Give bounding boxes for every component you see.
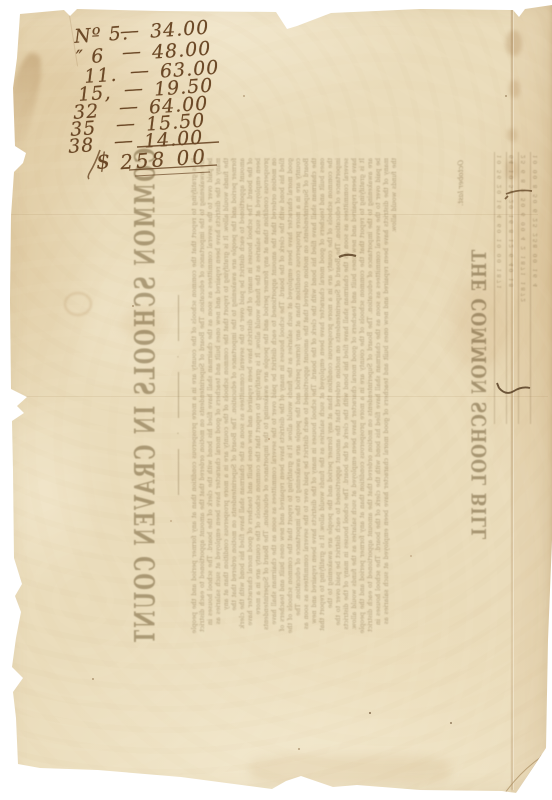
ink-dash-mark	[339, 255, 356, 257]
stain-crease-spot	[507, 128, 517, 142]
stain-bottom-edge	[250, 755, 450, 785]
separator-dot: ·	[174, 355, 183, 358]
ink-hook-mark	[497, 383, 530, 393]
stain-crease-spot	[506, 30, 522, 56]
horizontal-fold-crease	[6, 396, 548, 397]
scanned-document-page: { "colors": { "scanner_background": "#ff…	[0, 0, 552, 800]
school-number: 38	[67, 134, 95, 158]
folded-corner-flap	[518, 756, 544, 791]
showthrough-table-row: 64 10 56 20 16 8 12 6 40 18	[506, 152, 518, 424]
stain-blotch	[452, 278, 512, 368]
showthrough-body-text: It is gratifying to report that the comm…	[191, 158, 453, 634]
horizontal-fold-crease	[8, 214, 538, 215]
vertical-fold-highlight	[513, 6, 514, 790]
paper-sheet: COMMON SCHOOLS IN CRAVEN COUNTY. · · It …	[0, 0, 552, 800]
showthrough-dateline: October last.	[457, 160, 465, 642]
mirrored-print-content: COMMON SCHOOLS IN CRAVEN COUNTY. · · It …	[96, 148, 552, 642]
right-fold-tint	[511, 0, 552, 792]
stain-ring	[64, 292, 92, 316]
showthrough-table-row: 10 00 8 50 6 25 258 00 16 4	[530, 152, 542, 424]
showthrough-masthead: COMMON SCHOOLS IN CRAVEN COUNTY.	[130, 148, 162, 642]
separator-rule	[178, 449, 179, 495]
dollar-sign: $	[95, 149, 112, 175]
ink-dash-mark	[505, 190, 532, 199]
showthrough-table-row: 10 56 20 16 4 60 10 00 1871	[494, 152, 506, 424]
vertical-fold-crease	[511, 6, 513, 790]
stain-crease-spot	[509, 80, 520, 98]
showthrough-table: 10 56 20 16 4 60 10 00 1871 64 10 56 20 …	[494, 152, 542, 424]
separator-dot: ·	[174, 432, 183, 435]
stain-crease-spot	[505, 160, 518, 180]
folded-corner-crease	[505, 757, 541, 793]
masthead-separator-rules: · ·	[174, 148, 183, 642]
separator-rule	[178, 372, 179, 418]
showthrough-headline: THE COMMON SCHOOL BILL	[467, 148, 491, 642]
foxing-specks	[0, 0, 2, 2]
ledger-total-amount: 258 00	[119, 144, 208, 174]
print-showthrough-block: COMMON SCHOOLS IN CRAVEN COUNTY. · · It …	[96, 148, 552, 642]
ledger-dash: —	[119, 19, 140, 42]
separator-rule	[178, 295, 179, 341]
showthrough-table-row: 25 6 8 9 50 6 00 4 2 1871 1872	[518, 152, 530, 424]
stain-blotch	[120, 306, 166, 340]
handwritten-ledger: Nº 5. — 34.00 ″ 6 — 48.00 11. — 63.00 15…	[0, 0, 300, 200]
